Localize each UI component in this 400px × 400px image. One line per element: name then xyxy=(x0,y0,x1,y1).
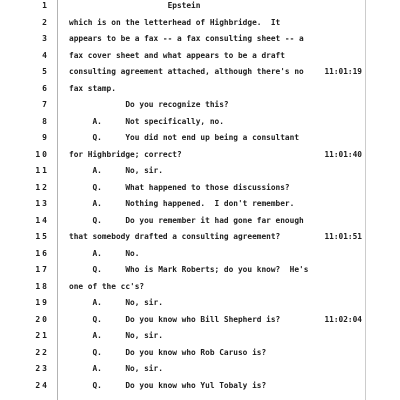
transcript-line: 7 Do you recognize this? xyxy=(0,97,400,114)
transcript-line: 21 A. No, sir. xyxy=(0,328,400,345)
line-text: Q. Who is Mark Roberts; do you know? He'… xyxy=(69,262,308,279)
transcript-page: 1 Epstein 2 which is on the letterhead o… xyxy=(0,0,400,400)
line-text: Q. Do you know who Bill Shepherd is? xyxy=(69,312,280,329)
transcript-line: 18 one of the cc's? xyxy=(0,279,400,296)
line-number: 23 xyxy=(0,361,49,378)
line-text: fax cover sheet and what appears to be a… xyxy=(69,48,285,65)
transcript-line: 14 Q. Do you remember it had gone far en… xyxy=(0,213,400,230)
line-text: that somebody drafted a consulting agree… xyxy=(69,229,280,246)
transcript-line: 16 A. No. xyxy=(0,246,400,263)
line-text: A. No, sir. xyxy=(69,295,163,312)
line-number: 3 xyxy=(0,31,49,48)
line-text: A. No, sir. xyxy=(69,361,163,378)
transcript-line: 1 Epstein xyxy=(0,0,400,15)
line-number: 16 xyxy=(0,246,49,263)
line-number: 19 xyxy=(0,295,49,312)
transcript-line: 17 Q. Who is Mark Roberts; do you know? … xyxy=(0,262,400,279)
transcript-line: 11 A. No, sir. xyxy=(0,163,400,180)
transcript-line: 8 A. Not specifically, no. xyxy=(0,114,400,131)
transcript-line: 5 consulting agreement attached, althoug… xyxy=(0,64,400,81)
line-number: 13 xyxy=(0,196,49,213)
transcript-line: 19 A. No, sir. xyxy=(0,295,400,312)
line-number: 12 xyxy=(0,180,49,197)
transcript-line: 6 fax stamp. xyxy=(0,81,400,98)
line-number: 17 xyxy=(0,262,49,279)
transcript-lines: 1 Epstein 2 which is on the letterhead o… xyxy=(0,0,400,394)
line-number: 7 xyxy=(0,97,49,114)
line-number: 18 xyxy=(0,279,49,296)
line-text: Q. Do you remember it had gone far enoug… xyxy=(69,213,304,230)
transcript-line: 20 Q. Do you know who Bill Shepherd is? … xyxy=(0,312,400,329)
transcript-line: 2 which is on the letterhead of Highbrid… xyxy=(0,15,400,32)
line-text: Do you recognize this? xyxy=(69,97,229,114)
line-text: A. No, sir. xyxy=(69,163,163,180)
transcript-line: 12 Q. What happened to those discussions… xyxy=(0,180,400,197)
line-number: 8 xyxy=(0,114,49,131)
line-text: one of the cc's? xyxy=(69,279,144,296)
line-number: 20 xyxy=(0,312,49,329)
line-text: A. Not specifically, no. xyxy=(69,114,224,131)
line-number: 1 xyxy=(0,0,49,15)
line-number: 21 xyxy=(0,328,49,345)
line-number: 15 xyxy=(0,229,49,246)
timestamp: 11:02:04 xyxy=(324,312,362,329)
transcript-line: 24 Q. Do you know who Yul Tobaly is? xyxy=(0,378,400,395)
transcript-line: 9 Q. You did not end up being a consulta… xyxy=(0,130,400,147)
transcript-line: 22 Q. Do you know who Rob Caruso is? xyxy=(0,345,400,362)
line-text: Q. What happened to those discussions? xyxy=(69,180,290,197)
line-text: Q. You did not end up being a consultant xyxy=(69,130,299,147)
line-number: 22 xyxy=(0,345,49,362)
line-text: Q. Do you know who Yul Tobaly is? xyxy=(69,378,266,395)
line-text: for Highbridge; correct? xyxy=(69,147,182,164)
transcript-line: 3 appears to be a fax -- a fax consultin… xyxy=(0,31,400,48)
line-number: 6 xyxy=(0,81,49,98)
transcript-line: 15 that somebody drafted a consulting ag… xyxy=(0,229,400,246)
line-number: 14 xyxy=(0,213,49,230)
line-text: A. No, sir. xyxy=(69,328,163,345)
line-number: 24 xyxy=(0,378,49,395)
line-text: appears to be a fax -- a fax consulting … xyxy=(69,31,304,48)
timestamp: 11:01:19 xyxy=(324,64,362,81)
line-number: 4 xyxy=(0,48,49,65)
line-text: Q. Do you know who Rob Caruso is? xyxy=(69,345,266,362)
transcript-line: 4 fax cover sheet and what appears to be… xyxy=(0,48,400,65)
line-number: 2 xyxy=(0,15,49,32)
line-number: 9 xyxy=(0,130,49,147)
transcript-line: 13 A. Nothing happened. I don't remember… xyxy=(0,196,400,213)
line-number: 5 xyxy=(0,64,49,81)
timestamp: 11:01:51 xyxy=(324,229,362,246)
transcript-line: 23 A. No, sir. xyxy=(0,361,400,378)
line-text: which is on the letterhead of Highbridge… xyxy=(69,15,280,32)
line-text: consulting agreement attached, although … xyxy=(69,64,304,81)
line-number: 10 xyxy=(0,147,49,164)
line-text: A. Nothing happened. I don't remember. xyxy=(69,196,294,213)
transcript-line: 10 for Highbridge; correct? 11:01:40 xyxy=(0,147,400,164)
line-text: Epstein xyxy=(69,0,200,15)
timestamp: 11:01:40 xyxy=(324,147,362,164)
line-text: fax stamp. xyxy=(69,81,116,98)
line-text: A. No. xyxy=(69,246,139,263)
line-number: 11 xyxy=(0,163,49,180)
